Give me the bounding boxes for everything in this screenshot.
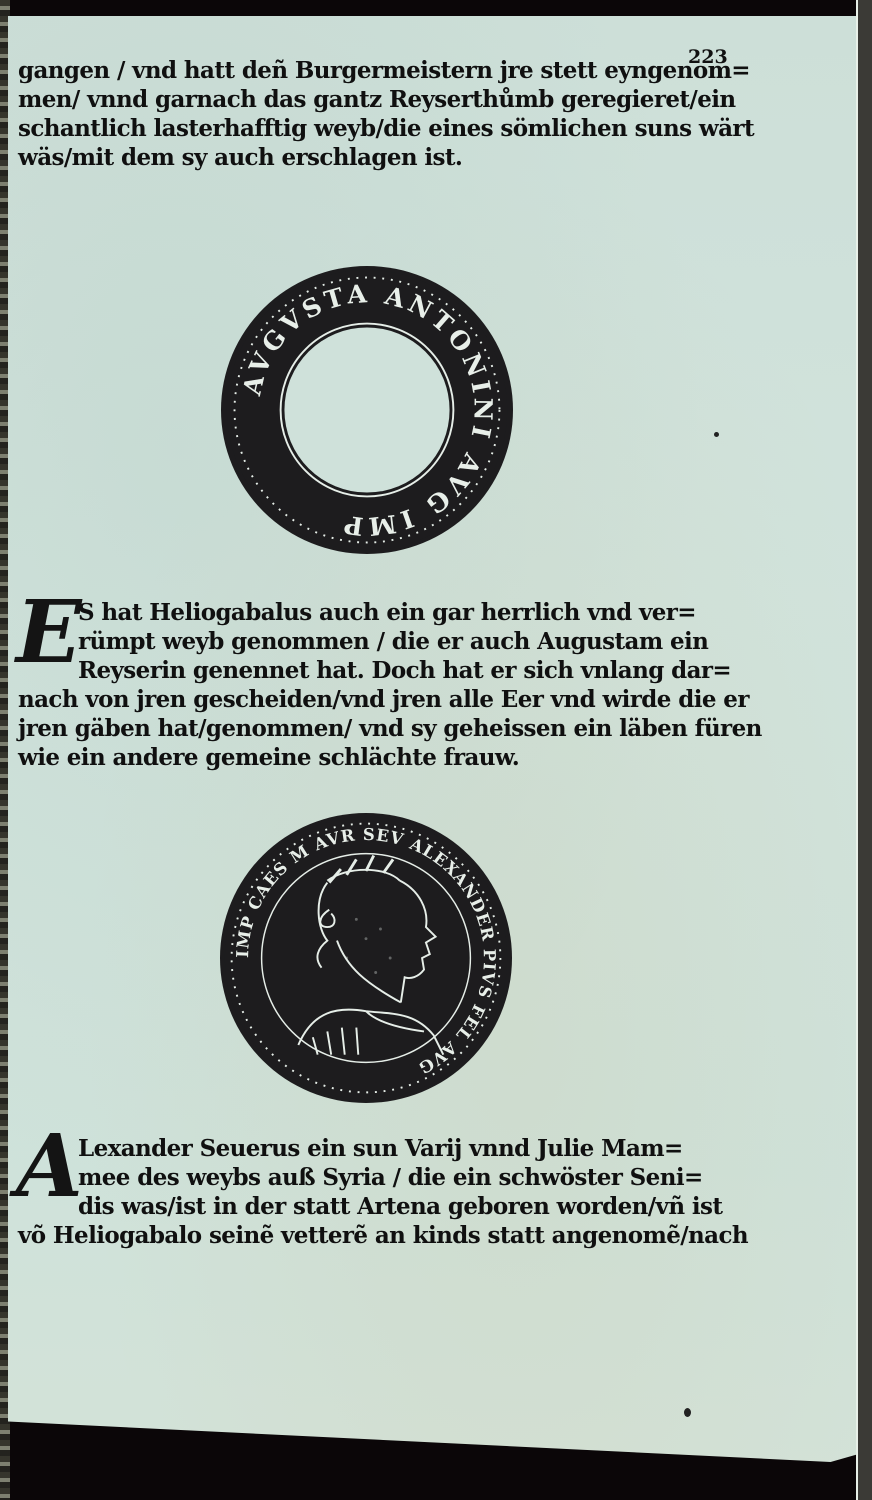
coin-illustration-alexander-severus: IMP CAES M AVR SEV ALEXANDER PIVS FEL AV… — [220, 813, 512, 1103]
portrait-coin-icon: IMP CAES M AVR SEV ALEXANDER PIVS FEL AV… — [220, 813, 512, 1103]
text-line: dis was/ist in der statt Artena geboren … — [18, 1192, 728, 1221]
book-page: 223 gangen / vnd hatt deñ Burgermeistern… — [8, 16, 856, 1462]
text-line: nach von jren gescheiden/vnd jren alle E… — [18, 685, 738, 714]
text-line: schantlich lasterhafftig weyb/die eines … — [18, 114, 738, 143]
text-line: mee des weybs auß Syria / die ein schwös… — [18, 1163, 728, 1192]
text-line: jren gäben hat/genommen/ vnd sy geheisse… — [18, 714, 738, 743]
text-line: wie ein andere gemeine schlächte frauw. — [18, 743, 738, 772]
text-line: Reyserin genennet hat. Doch hat er sich … — [18, 656, 738, 685]
text-line: Lexander Seuerus ein sun Varij vnnd Juli… — [18, 1134, 728, 1163]
ink-speck — [684, 1408, 691, 1417]
page-right-edge — [856, 0, 872, 1500]
text-line: men/ vnnd garnach das gantz Reyserthůmb … — [18, 85, 738, 114]
ink-speck — [714, 432, 719, 437]
text-line: wäs/mit dem sy auch erschlagen ist. — [18, 143, 738, 172]
text-line: S hat Heliogabalus auch ein gar herrlich… — [18, 598, 738, 627]
paragraph-heliogabalus: S hat Heliogabalus auch ein gar herrlich… — [18, 598, 738, 772]
text-line: võ Heliogabalo seinẽ vetterẽ an kinds st… — [18, 1221, 728, 1250]
text-line: gangen / vnd hatt deñ Burgermeistern jre… — [18, 56, 738, 85]
paragraph-continuation: gangen / vnd hatt deñ Burgermeistern jre… — [18, 56, 738, 172]
coin-illustration-augusta-antonini: AVGVSTA ANTONINI AVG IMP — [221, 266, 513, 554]
paragraph-alexander-severus: Lexander Seuerus ein sun Varij vnnd Juli… — [18, 1134, 728, 1250]
ring-coin-icon: AVGVSTA ANTONINI AVG IMP — [221, 266, 513, 554]
text-line: rümpt weyb genommen / die er auch August… — [18, 627, 738, 656]
